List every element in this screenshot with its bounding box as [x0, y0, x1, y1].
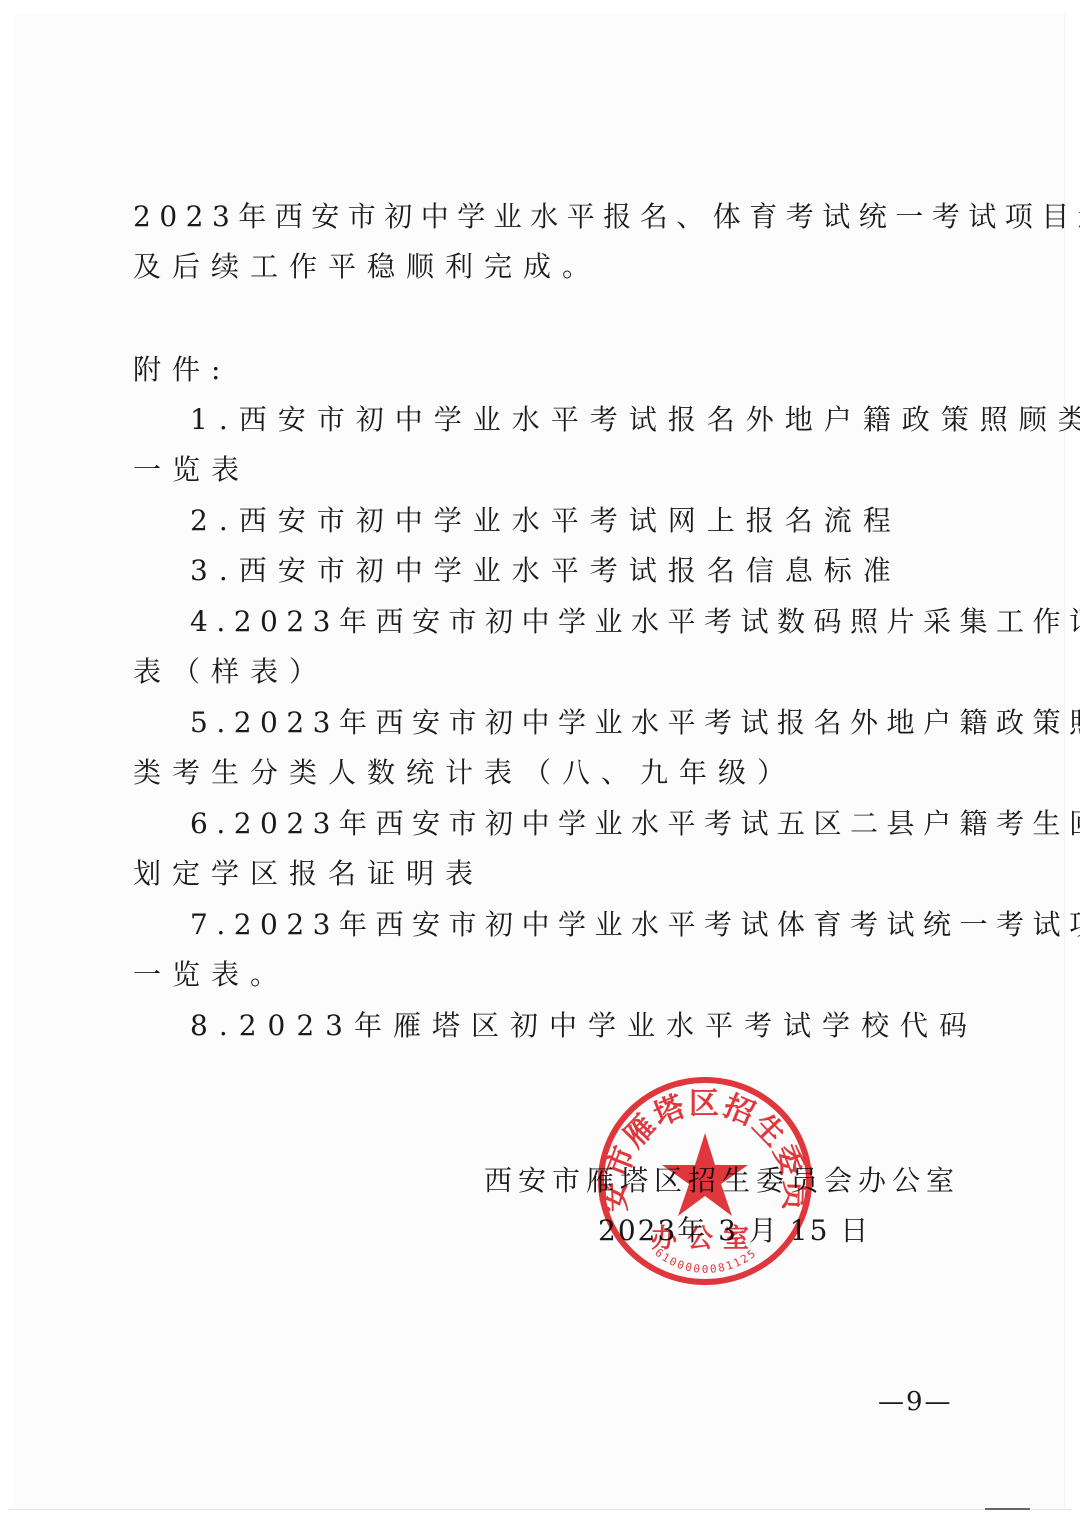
attachment-3: 3.西安市初中学业水平考试报名信息标准	[190, 553, 902, 589]
attachment-7-cont: 一览表。	[133, 957, 289, 993]
paragraph-line-2: 及后续工作平稳顺利完成。	[133, 249, 601, 285]
attachment-4: 4.2023年西安市初中学业水平考试数码照片采集工作记录	[190, 604, 1080, 640]
attachment-5: 5.2023年西安市初中学业水平考试报名外地户籍政策照顾	[190, 705, 1080, 741]
page-edge-mark	[985, 1508, 1030, 1510]
page-number: —9—	[878, 1387, 953, 1417]
attachment-1: 1.西安市初中学业水平考试报名外地户籍政策照顾类考生	[190, 402, 1080, 438]
attachment-8: 8.2023年雁塔区初中学业水平考试学校代码	[190, 1008, 978, 1044]
paragraph-line-1: 2023年西安市初中学业水平报名、体育考试统一考试项目选报	[133, 199, 1080, 235]
attachment-1-cont: 一览表	[133, 452, 250, 488]
attachment-6: 6.2023年西安市初中学业水平考试五区二县户籍考生回原	[190, 806, 1080, 842]
page-edge	[8, 1509, 1072, 1510]
attachments-heading: 附件:	[133, 352, 231, 388]
attachment-4-cont: 表（样表）	[133, 654, 328, 690]
attachment-7: 7.2023年西安市初中学业水平考试体育考试统一考试项目	[190, 907, 1080, 943]
attachment-6-cont: 划定学区报名证明表	[133, 856, 484, 892]
seal-bottom-text: 办公室	[651, 1224, 759, 1254]
attachment-5-cont: 类考生分类人数统计表（八、九年级）	[133, 755, 796, 791]
attachment-2: 2.西安市初中学业水平考试网上报名流程	[190, 503, 902, 539]
official-seal-icon: 西安市雁塔区招生委员会 办公室 6100000081125	[596, 1075, 814, 1287]
